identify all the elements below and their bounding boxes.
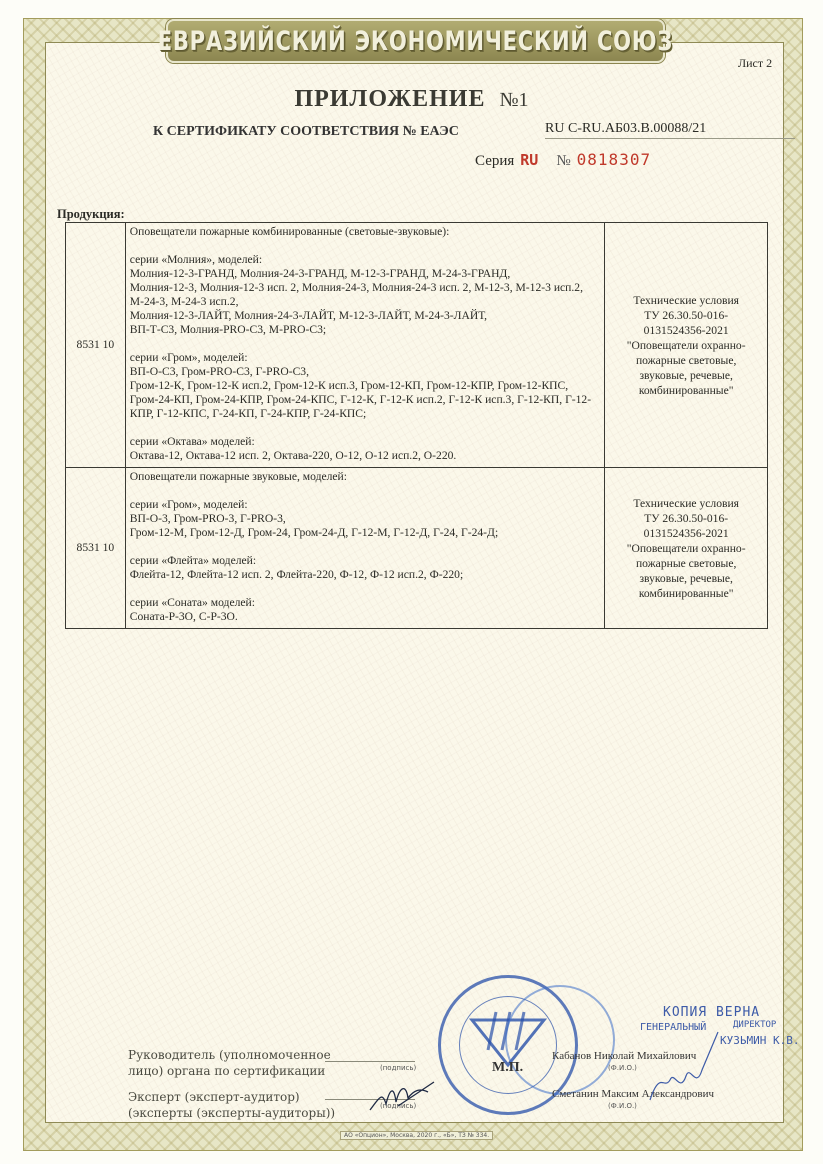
description-line: ВП-О-3, Гром-PRO-3, Г-PRO-3, <box>130 512 601 526</box>
head-label-line-1: Руководитель (уполномоченное <box>128 1047 331 1063</box>
head-name-caption: (Ф.И.О.) <box>608 1064 637 1072</box>
products-label: Продукция: <box>57 207 125 222</box>
technical-standard: Технические условияТУ 26.30.50-016-01315… <box>605 468 768 629</box>
copy-stamp-name: КУЗЬМИН К.В. <box>720 1034 799 1047</box>
standard-line: звуковые, речевые, <box>611 368 761 383</box>
description-line: Гром-12-М, Гром-12-Д, Гром-24, Гром-24-Д… <box>130 526 601 540</box>
standard-line: "Оповещатели охранно- <box>611 541 761 556</box>
standard-line: ТУ 26.30.50-016- <box>611 308 761 323</box>
series-value: RU <box>520 151 538 169</box>
appendix-title: ПРИЛОЖЕНИЕ№1 <box>0 86 823 113</box>
description-line: Октава-12, Октава-12 исп. 2, Октава-220,… <box>130 449 601 463</box>
description-line: серии «Гром», моделей: <box>130 498 601 512</box>
technical-standard: Технические условияТУ 26.30.50-016-01315… <box>605 223 768 468</box>
form-number: 0818307 <box>577 150 651 169</box>
standard-line: пожарные световые, <box>611 556 761 571</box>
products-table: 8531 10Оповещатели пожарные комбинирован… <box>65 222 768 629</box>
expert-signature-scribble <box>368 1080 438 1120</box>
description-line: Соната-Р-3О, С-Р-3О. <box>130 610 601 624</box>
stamp-mark: М.П. <box>492 1060 523 1076</box>
standard-line: звуковые, речевые, <box>611 571 761 586</box>
printer-imprint: АО «Опцион», Москва, 2020 г., «Б», ТЗ № … <box>340 1131 493 1140</box>
standard-line: ТУ 26.30.50-016- <box>611 511 761 526</box>
standard-line: "Оповещатели охранно- <box>611 338 761 353</box>
product-description: Оповещатели пожарные комбинированные (св… <box>125 223 605 468</box>
expert-name-caption: (Ф.И.О.) <box>608 1102 637 1110</box>
head-label-line-2: лицо) органа по сертификации <box>128 1063 331 1079</box>
description-line: Флейта-12, Флейта-12 исп. 2, Флейта-220,… <box>130 568 601 582</box>
description-line: Молния-12-3, Молния-12-3 исп. 2, Молния-… <box>130 281 601 309</box>
director-signature-scribble <box>640 1030 720 1105</box>
title-text: ПРИЛОЖЕНИЕ <box>294 86 485 112</box>
expert-label-line-1: Эксперт (эксперт-аудитор) <box>128 1089 335 1105</box>
description-line: Оповещатели пожарные комбинированные (св… <box>130 225 601 239</box>
banner-text: ЕВРАЗИЙСКИЙ ЭКОНОМИЧЕСКИЙ СОЮЗ <box>158 26 673 57</box>
copy-stamp-position-2: ДИРЕКТОР <box>733 1020 776 1030</box>
number-label: № <box>556 153 570 169</box>
description-line: серии «Флейта» моделей: <box>130 554 601 568</box>
head-signature-line <box>325 1061 415 1062</box>
description-line: ВП-Т-С3, Молния-PRO-С3, М-PRO-С3; <box>130 323 601 337</box>
description-line: Молния-12-3-ЛАЙТ, Молния-24-3-ЛАЙТ, М-12… <box>130 309 601 323</box>
head-signature-caption: (подпись) <box>380 1064 416 1072</box>
standard-line: 0131524356-2021 <box>611 323 761 338</box>
product-description: Оповещатели пожарные звуковые, моделей:с… <box>125 468 605 629</box>
head-label: Руководитель (уполномоченное лицо) орган… <box>128 1047 331 1079</box>
standard-line: пожарные световые, <box>611 353 761 368</box>
description-line: ВП-О-С3, Гром-PRO-С3, Г-PRO-С3, <box>130 365 601 379</box>
tn-ved-code: 8531 10 <box>66 223 126 468</box>
paragraph-gap <box>130 337 601 351</box>
paragraph-gap <box>130 484 601 498</box>
standard-line: комбинированные" <box>611 586 761 601</box>
description-line: серии «Гром», моделей: <box>130 351 601 365</box>
description-line: серии «Октава» моделей: <box>130 435 601 449</box>
paragraph-gap <box>130 421 601 435</box>
eaeu-banner: ЕВРАЗИЙСКИЙ ЭКОНОМИЧЕСКИЙ СОЮЗ <box>166 19 665 63</box>
sheet-number: Лист 2 <box>738 56 772 71</box>
paragraph-gap <box>130 540 601 554</box>
series-label: Серия <box>475 153 514 169</box>
description-line: Гром-12-К, Гром-12-К исп.2, Гром-12-К ис… <box>130 379 601 421</box>
expert-label-line-2: (эксперты (эксперты-аудиторы)) <box>128 1105 335 1121</box>
expert-label: Эксперт (эксперт-аудитор) (эксперты (экс… <box>128 1089 335 1121</box>
company-stamp <box>505 985 615 1095</box>
paragraph-gap <box>130 582 601 596</box>
product-row: 8531 10Оповещатели пожарные звуковые, мо… <box>66 468 768 629</box>
standard-line: Технические условия <box>611 496 761 511</box>
series-line: СерияRU№0818307 <box>475 150 651 170</box>
description-line: серии «Молния», моделей: <box>130 253 601 267</box>
certificate-label: К СЕРТИФИКАТУ СООТВЕТСТВИЯ № ЕАЭС <box>153 124 459 140</box>
certificate-number: RU C-RU.АБ03.В.00088/21 <box>545 121 795 139</box>
tn-ved-code: 8531 10 <box>66 468 126 629</box>
description-line: Молния-12-3-ГРАНД, Молния-24-3-ГРАНД, М-… <box>130 267 601 281</box>
standard-line: Технические условия <box>611 293 761 308</box>
copy-true-stamp: КОПИЯ ВЕРНА <box>663 1005 760 1020</box>
standard-line: комбинированные" <box>611 383 761 398</box>
paragraph-gap <box>130 239 601 253</box>
description-line: Оповещатели пожарные звуковые, моделей: <box>130 470 601 484</box>
product-row: 8531 10Оповещатели пожарные комбинирован… <box>66 223 768 468</box>
title-number: №1 <box>499 89 528 111</box>
standard-line: 0131524356-2021 <box>611 526 761 541</box>
description-line: серии «Соната» моделей: <box>130 596 601 610</box>
